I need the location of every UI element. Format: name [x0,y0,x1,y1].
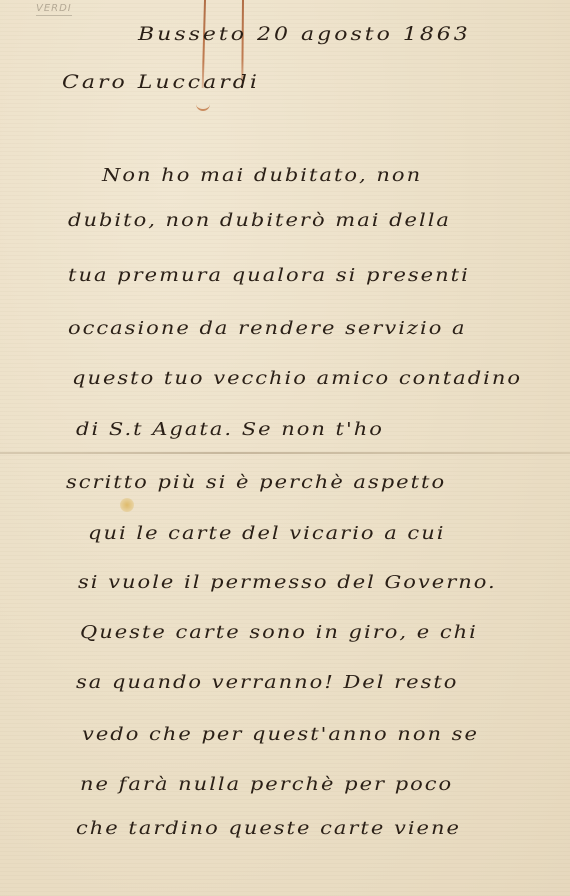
letter-line-11: sa quando verranno! Del resto [76,672,458,692]
letter-line-10: Queste carte sono in giro, e chi [80,622,478,642]
letter-line-13: ne farà nulla perchè per poco [80,774,453,794]
letter-line-5: questo tuo vecchio amico contadino [72,368,522,388]
letter-salutation: Caro Luccardi [62,72,260,93]
letter-line-9: si vuole il permesso del Governo. [78,572,497,592]
archive-label: VERDI [36,3,72,16]
letter-line-8: qui le carte del vicario a cui [88,523,445,543]
paper-fold [0,452,570,454]
letter-line-2: dubito, non dubiterò mai della [68,210,451,230]
letter-line-4: occasione da rendere servizio a [68,318,467,338]
red-mark [196,104,210,111]
letter-dateline: Busseto 20 agosto 1863 [138,24,471,45]
paper-stain [120,498,134,512]
letter-line-7: scritto più si è perchè aspetto [66,472,446,492]
letter-line-3: tua premura qualora si presenti [68,265,470,285]
letter-line-12: vedo che per quest'anno non se [82,724,479,744]
letter-page: VERDI Busseto 20 agosto 1863 Caro Luccar… [0,0,570,896]
letter-line-6: di S.t Agata. Se non t'ho [76,419,384,439]
letter-line-1: Non ho mai dubitato, non [102,165,422,185]
letter-line-14: che tardino queste carte viene [76,818,461,838]
